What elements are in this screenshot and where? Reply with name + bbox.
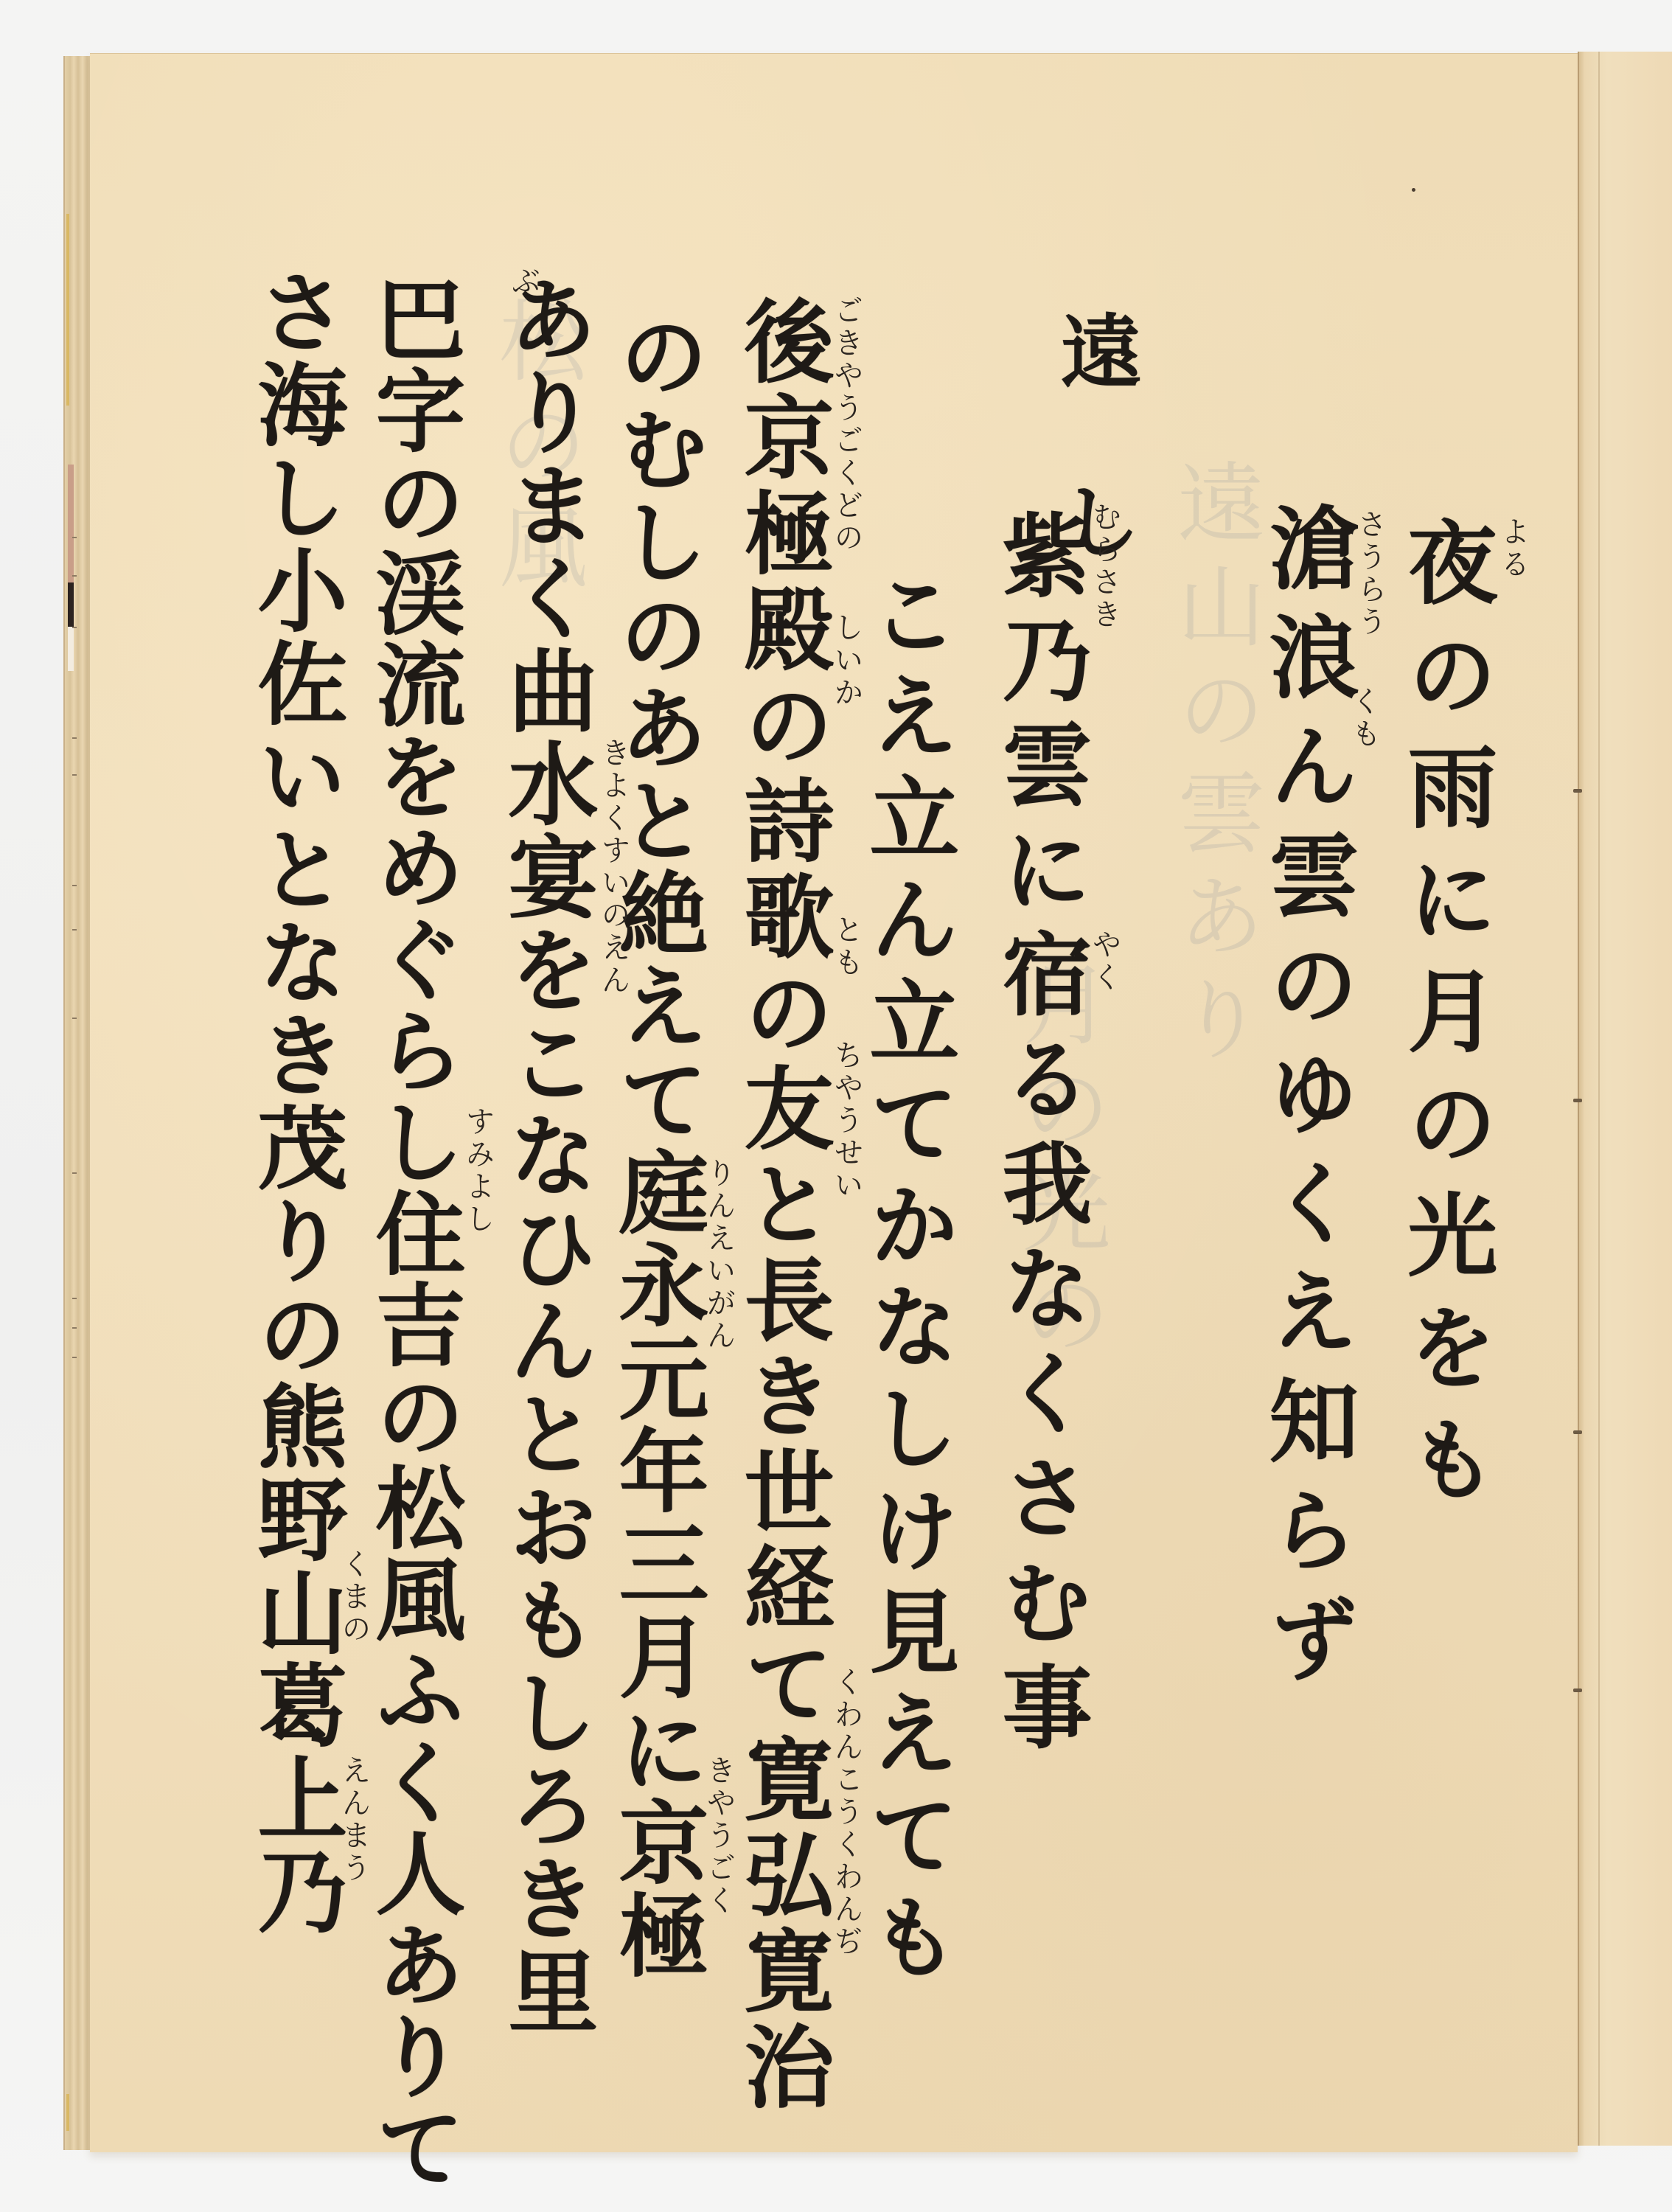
edge-tick: [72, 885, 77, 886]
white-tab-marker: [68, 627, 74, 671]
edge-tick: [72, 1298, 77, 1299]
edge-tick: [72, 575, 77, 577]
edge-tick: [72, 737, 77, 739]
furigana: すみよし: [463, 1106, 492, 1236]
furigana: りんえいがん: [704, 1158, 734, 1352]
furigana: しいか: [832, 612, 861, 709]
text-column-9: 巴字の渓流をめぐらし住吉の松風ふく人ありて: [369, 273, 459, 2193]
gilt-edge: [66, 2094, 69, 2131]
furigana: くも: [1349, 686, 1379, 751]
edge-tick: [72, 1172, 77, 1174]
text-column-7: のむしのあと絶えて庭永元年三月に京極: [612, 310, 702, 1982]
furigana: くわんこうくわんぢ: [832, 1666, 861, 1958]
edge-tick: [72, 1018, 77, 1019]
text-column-1: 夜の雨に月の光をも: [1401, 516, 1491, 1525]
black-tab-marker: [68, 582, 74, 627]
text-column-10: さ海し小佐いとなき茂りの熊野山葛上乃: [251, 265, 341, 1938]
binding-thread-hole: [1573, 789, 1582, 793]
furigana: ごきやうごくどの: [832, 295, 861, 554]
edge-tick: [72, 537, 77, 538]
gilt-edge: [66, 214, 69, 406]
ink-speck: [1412, 188, 1415, 192]
text-column-8: ありまく曲水宴をこなひんとおもしろき里: [501, 273, 591, 2038]
furigana: よる: [1498, 516, 1528, 581]
furigana: むらさき: [1090, 501, 1119, 631]
text-column-5: こえ立ん立てかなしけ見えても: [863, 568, 952, 1992]
binding-thread-hole: [1573, 1430, 1582, 1434]
facing-page-crease: [1598, 52, 1600, 2146]
furigana: きよくすいのえん: [599, 737, 628, 997]
furigana: やく: [1090, 929, 1119, 994]
furigana: ぶ: [509, 265, 538, 298]
facing-page-edge: [1578, 52, 1672, 2146]
furigana: とも: [832, 914, 861, 979]
furigana: えんまう: [339, 1755, 369, 1885]
pink-tab-marker: [68, 465, 74, 582]
binding-thread-hole: [1573, 1099, 1582, 1102]
text-column-6: 後京極殿の詩歌の友と長き世経て寛弘寛治: [737, 295, 827, 2116]
text-column-2: 滄浪ん雲のゆくえ知らず: [1262, 501, 1352, 1702]
furigana: さうらう: [1355, 509, 1384, 639]
edge-tick: [72, 1357, 77, 1358]
text-column-4: 紫乃雲に宿る我なくさむ事: [995, 509, 1085, 1765]
binding-thread-hole: [1573, 1688, 1582, 1692]
edge-tick: [72, 774, 77, 776]
edge-tick: [72, 1327, 77, 1329]
furigana: くまの: [339, 1548, 369, 1646]
edge-tick: [72, 929, 77, 931]
furigana: きやうごく: [704, 1755, 734, 1917]
edge-tick: [72, 627, 77, 628]
furigana: ちやうせい: [832, 1040, 861, 1202]
